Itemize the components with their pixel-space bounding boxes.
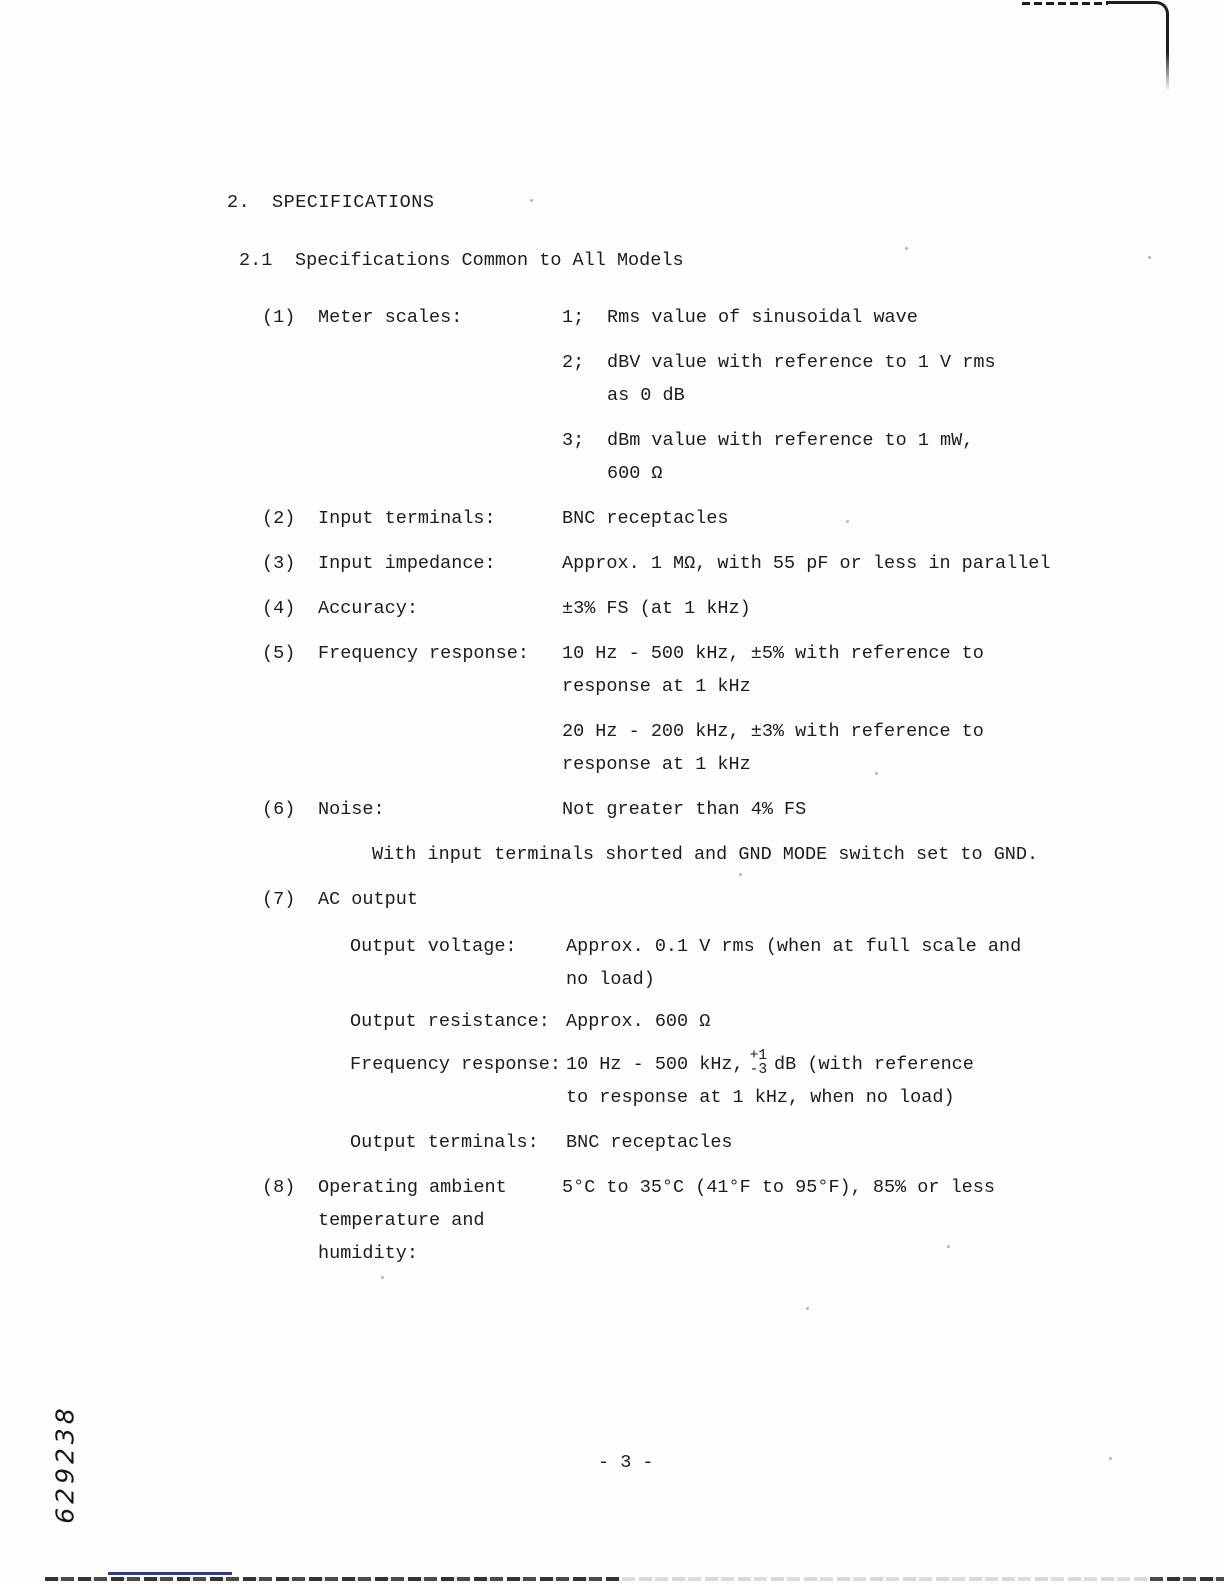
- value-line: to response at 1 kHz, when no load): [566, 1081, 974, 1114]
- subsection-heading: 2.1 Specifications Common to All Models: [239, 244, 1187, 277]
- value-line: response at 1 kHz: [562, 748, 1187, 781]
- tolerance-plus: +1: [750, 1049, 767, 1063]
- scale-line: as 0 dB: [607, 379, 996, 412]
- frequency-range-block: 20 Hz - 200 kHz, ±3% with reference to r…: [562, 715, 1187, 781]
- page-number: - 3 -: [598, 1446, 654, 1479]
- scan-speck: [1148, 256, 1151, 259]
- item-number: (4): [262, 592, 318, 625]
- item-label: Noise:: [318, 793, 562, 826]
- scan-speck: [1109, 1457, 1112, 1460]
- tolerance-stack: +1-3: [750, 1049, 767, 1077]
- item-value: ±3% FS (at 1 kHz): [562, 592, 1187, 625]
- sub-item-label: Output voltage:: [350, 930, 566, 996]
- bottom-edge-line-fade: [620, 1576, 1150, 1582]
- item-label: Frequency response:: [318, 637, 562, 670]
- item-label: Accuracy:: [318, 592, 562, 625]
- item-value: 5°C to 35°C (41°F to 95°F), 85% or less: [562, 1171, 1187, 1204]
- spec-item-ac-output: (7) AC output: [227, 883, 1187, 916]
- spec-item-meter-scales: (1) Meter scales: 1; Rms value of sinuso…: [227, 301, 1187, 490]
- item-value: 10 Hz - 500 kHz, ±5% with reference to r…: [562, 637, 1187, 781]
- scale-text: dBm value with reference to 1 mW, 600 Ω: [607, 424, 973, 490]
- value-line: no load): [566, 963, 1021, 996]
- page-edge-dashed-line: [1022, 2, 1108, 5]
- value-suffix: dB (with reference: [774, 1054, 974, 1075]
- scan-speck: [806, 1307, 809, 1310]
- scale-line: Rms value of sinusoidal wave: [607, 301, 918, 334]
- scale-line: 600 Ω: [607, 457, 973, 490]
- spec-item-noise: (6) Noise: Not greater than 4% FS: [227, 793, 1187, 826]
- item-value: Not greater than 4% FS: [562, 793, 1187, 826]
- value-line: Approx. 0.1 V rms (when at full scale an…: [566, 930, 1021, 963]
- item-label: Input terminals:: [318, 502, 562, 535]
- meter-scale-2: 2; dBV value with reference to 1 V rms a…: [562, 346, 1187, 412]
- scale-text: Rms value of sinusoidal wave: [607, 301, 918, 334]
- value-line-with-tolerance: 10 Hz - 500 kHz,+1-3dB (with reference: [566, 1048, 974, 1081]
- sub-item-value: Approx. 0.1 V rms (when at full scale an…: [566, 930, 1021, 996]
- item-number: (8): [262, 1171, 318, 1204]
- spec-item-input-impedance: (3) Input impedance: Approx. 1 MΩ, with …: [227, 547, 1187, 580]
- handwritten-number: 629238: [49, 1404, 82, 1523]
- blue-pen-mark: [108, 1572, 232, 1575]
- sub-item-value: BNC receptacles: [566, 1126, 733, 1159]
- item-number: (6): [262, 793, 318, 826]
- item-label: Meter scales:: [318, 301, 562, 334]
- meter-scale-3: 3; dBm value with reference to 1 mW, 600…: [562, 424, 1187, 490]
- scan-speck: [875, 772, 878, 775]
- meter-scale-1: 1; Rms value of sinusoidal wave: [562, 301, 1187, 334]
- page-edge-line-fade: [1158, 52, 1172, 98]
- item-label-multiline: Operating ambient temperature and humidi…: [318, 1171, 562, 1270]
- scale-line: dBm value with reference to 1 mW,: [607, 424, 973, 457]
- spec-item-accuracy: (4) Accuracy: ±3% FS (at 1 kHz): [227, 592, 1187, 625]
- scale-line: dBV value with reference to 1 V rms: [607, 346, 996, 379]
- value-prefix: 10 Hz - 500 kHz,: [566, 1054, 744, 1075]
- item-value: Approx. 1 MΩ, with 55 pF or less in para…: [562, 547, 1187, 580]
- scan-speck: [530, 199, 533, 202]
- sub-item-label: Output resistance:: [350, 1005, 566, 1038]
- sub-item-label: Frequency response:: [350, 1048, 566, 1114]
- item-number: (3): [262, 547, 318, 580]
- spec-item-input-terminals: (2) Input terminals: BNC receptacles: [227, 502, 1187, 535]
- frequency-range-block: 10 Hz - 500 kHz, ±5% with reference to r…: [562, 637, 1187, 703]
- sub-item-label: Output terminals:: [350, 1126, 566, 1159]
- scan-speck: [739, 873, 742, 876]
- label-line: humidity:: [318, 1237, 562, 1270]
- value-line: 10 Hz - 500 kHz, ±5% with reference to: [562, 637, 1187, 670]
- item-number: (1): [262, 301, 318, 334]
- scan-speck: [381, 1276, 384, 1279]
- value-line: response at 1 kHz: [562, 670, 1187, 703]
- subsection-title: Specifications Common to All Models: [295, 244, 684, 277]
- item-number: (5): [262, 637, 318, 670]
- spec-item-frequency-response: (5) Frequency response: 10 Hz - 500 kHz,…: [227, 637, 1187, 781]
- ac-output-terminals-row: Output terminals: BNC receptacles: [350, 1126, 1187, 1159]
- document-content: 2. SPECIFICATIONS 2.1 Specifications Com…: [227, 186, 1187, 1270]
- tolerance-minus: -3: [750, 1063, 767, 1077]
- sub-item-value: Approx. 600 Ω: [566, 1005, 710, 1038]
- item-label: Input impedance:: [318, 547, 562, 580]
- scale-number: 3;: [562, 424, 607, 490]
- noise-condition-note: With input terminals shorted and GND MOD…: [372, 838, 1187, 871]
- subsection-number: 2.1: [239, 244, 295, 277]
- value-line: 20 Hz - 200 kHz, ±3% with reference to: [562, 715, 1187, 748]
- scanned-manual-page: 2. SPECIFICATIONS 2.1 Specifications Com…: [0, 0, 1224, 1584]
- item-label: AC output: [318, 883, 562, 916]
- scale-number: 2;: [562, 346, 607, 412]
- item-value: BNC receptacles: [562, 502, 1187, 535]
- ac-output-frequency-response-row: Frequency response: 10 Hz - 500 kHz,+1-3…: [350, 1048, 1187, 1114]
- sub-item-value: 10 Hz - 500 kHz,+1-3dB (with reference t…: [566, 1048, 974, 1114]
- label-line: temperature and: [318, 1204, 562, 1237]
- spec-item-operating-ambient: (8) Operating ambient temperature and hu…: [227, 1171, 1187, 1270]
- item-value: 1; Rms value of sinusoidal wave 2; dBV v…: [562, 301, 1187, 490]
- label-line: Operating ambient: [318, 1171, 562, 1204]
- ac-output-resistance-row: Output resistance: Approx. 600 Ω: [350, 1005, 1187, 1038]
- scan-speck: [947, 1245, 950, 1248]
- section-title: SPECIFICATIONS: [272, 186, 434, 219]
- section-number: 2.: [227, 186, 272, 219]
- item-number: (7): [262, 883, 318, 916]
- scan-speck: [905, 247, 908, 250]
- scale-text: dBV value with reference to 1 V rms as 0…: [607, 346, 996, 412]
- scan-speck: [846, 520, 849, 523]
- section-heading: 2. SPECIFICATIONS: [227, 186, 1187, 219]
- ac-output-voltage-row: Output voltage: Approx. 0.1 V rms (when …: [350, 930, 1187, 996]
- item-number: (2): [262, 502, 318, 535]
- scale-number: 1;: [562, 301, 607, 334]
